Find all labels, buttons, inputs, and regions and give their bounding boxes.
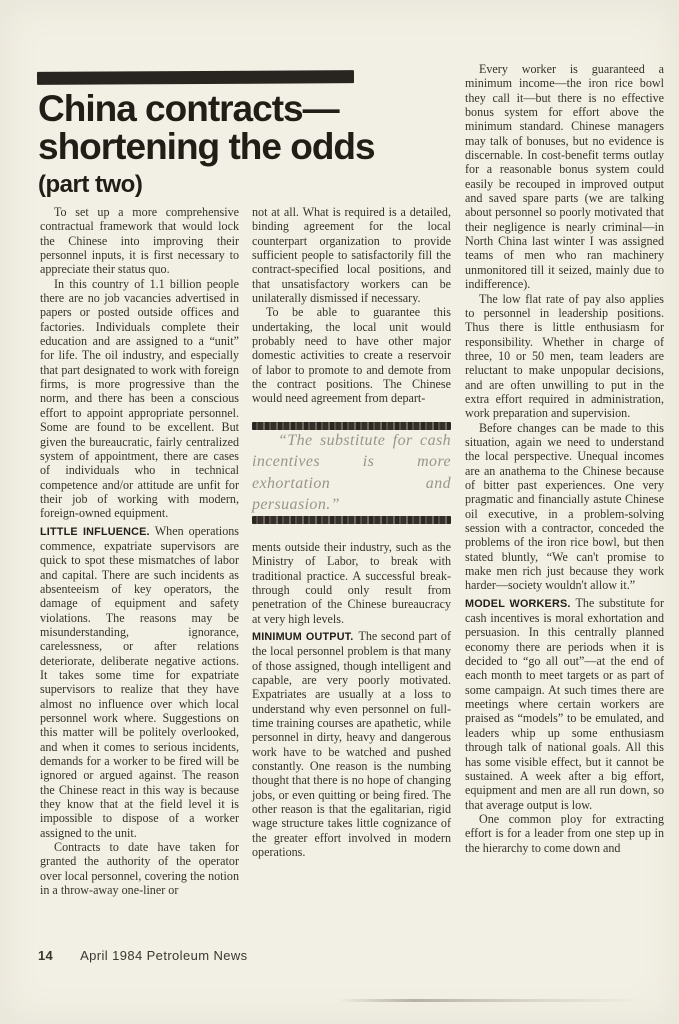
paragraph-text: The low flat rate of pay also applies to… <box>465 292 664 421</box>
paragraph-text: The substitute for cash incentives is mo… <box>465 596 664 812</box>
paragraph: not at all. What is required is a detail… <box>252 205 451 305</box>
paragraph-text: Before changes can be made to this situa… <box>465 421 664 593</box>
column-1: To set up a more comprehensive contractu… <box>40 205 239 898</box>
column-3: Every worker is guaranteed a minimum inc… <box>465 62 664 855</box>
paragraph-text: Contracts to date have taken for granted… <box>40 840 239 897</box>
pull-quote-rule-top <box>252 422 451 430</box>
paragraph: To be able to guarantee this undertaking… <box>252 305 451 405</box>
pull-quote-block: “The substitute for cash incentives is m… <box>252 422 451 524</box>
paragraph-text: Every worker is guaranteed a minimum inc… <box>465 62 664 291</box>
title-line-1: China contracts— <box>38 90 478 128</box>
paragraph: MINIMUM OUTPUT.The second part of the lo… <box>252 629 451 860</box>
paragraph-text: The second part of the local personnel p… <box>252 629 451 859</box>
paragraph: In this country of 1.1 billion people th… <box>40 277 239 521</box>
pull-quote: “The substitute for cash incentives is m… <box>252 430 451 516</box>
paragraph-text: To be able to guarantee this undertaking… <box>252 305 451 405</box>
paragraph: Every worker is guaranteed a minimum inc… <box>465 62 664 292</box>
section-lead: LITTLE INFLUENCE. <box>40 526 150 538</box>
paragraph: ments outside their industry, such as th… <box>252 540 451 626</box>
article-title: China contracts— shortening the odds (pa… <box>38 90 478 199</box>
title-line-2: shortening the odds <box>38 128 478 166</box>
paragraph-text: When operations commence, expatriate sup… <box>40 524 239 840</box>
section-lead: MODEL WORKERS. <box>465 598 571 610</box>
paragraph: One common ploy for extracting effort is… <box>465 812 664 855</box>
page-number: 14 <box>38 948 53 963</box>
scan-smudge <box>338 999 643 1002</box>
title-top-rule <box>37 70 354 85</box>
paragraph: LITTLE INFLUENCE.When operations commenc… <box>40 524 239 841</box>
paragraph: Contracts to date have taken for granted… <box>40 840 239 897</box>
paragraph-text: To set up a more comprehensive contractu… <box>40 205 239 276</box>
paragraph: The low flat rate of pay also applies to… <box>465 292 664 421</box>
title-line-3: (part two) <box>38 171 478 199</box>
paragraph-text: ments outside their industry, such as th… <box>252 540 451 626</box>
paragraph: MODEL WORKERS.The substitute for cash in… <box>465 596 664 812</box>
column-2: not at all. What is required is a detail… <box>252 205 451 859</box>
pull-quote-rule-bottom <box>252 516 451 524</box>
paragraph: Before changes can be made to this situa… <box>465 421 664 593</box>
magazine-page: China contracts— shortening the odds (pa… <box>0 0 679 1024</box>
paragraph-text: One common ploy for extracting effort is… <box>465 812 664 855</box>
paragraph-text: not at all. What is required is a detail… <box>252 205 451 305</box>
publication-name: April 1984 Petroleum News <box>80 948 248 963</box>
section-lead: MINIMUM OUTPUT. <box>252 631 354 643</box>
paragraph-text: In this country of 1.1 billion people th… <box>40 277 239 521</box>
page-footer: 14 April 1984 Petroleum News <box>38 948 248 963</box>
paragraph: To set up a more comprehensive contractu… <box>40 205 239 277</box>
